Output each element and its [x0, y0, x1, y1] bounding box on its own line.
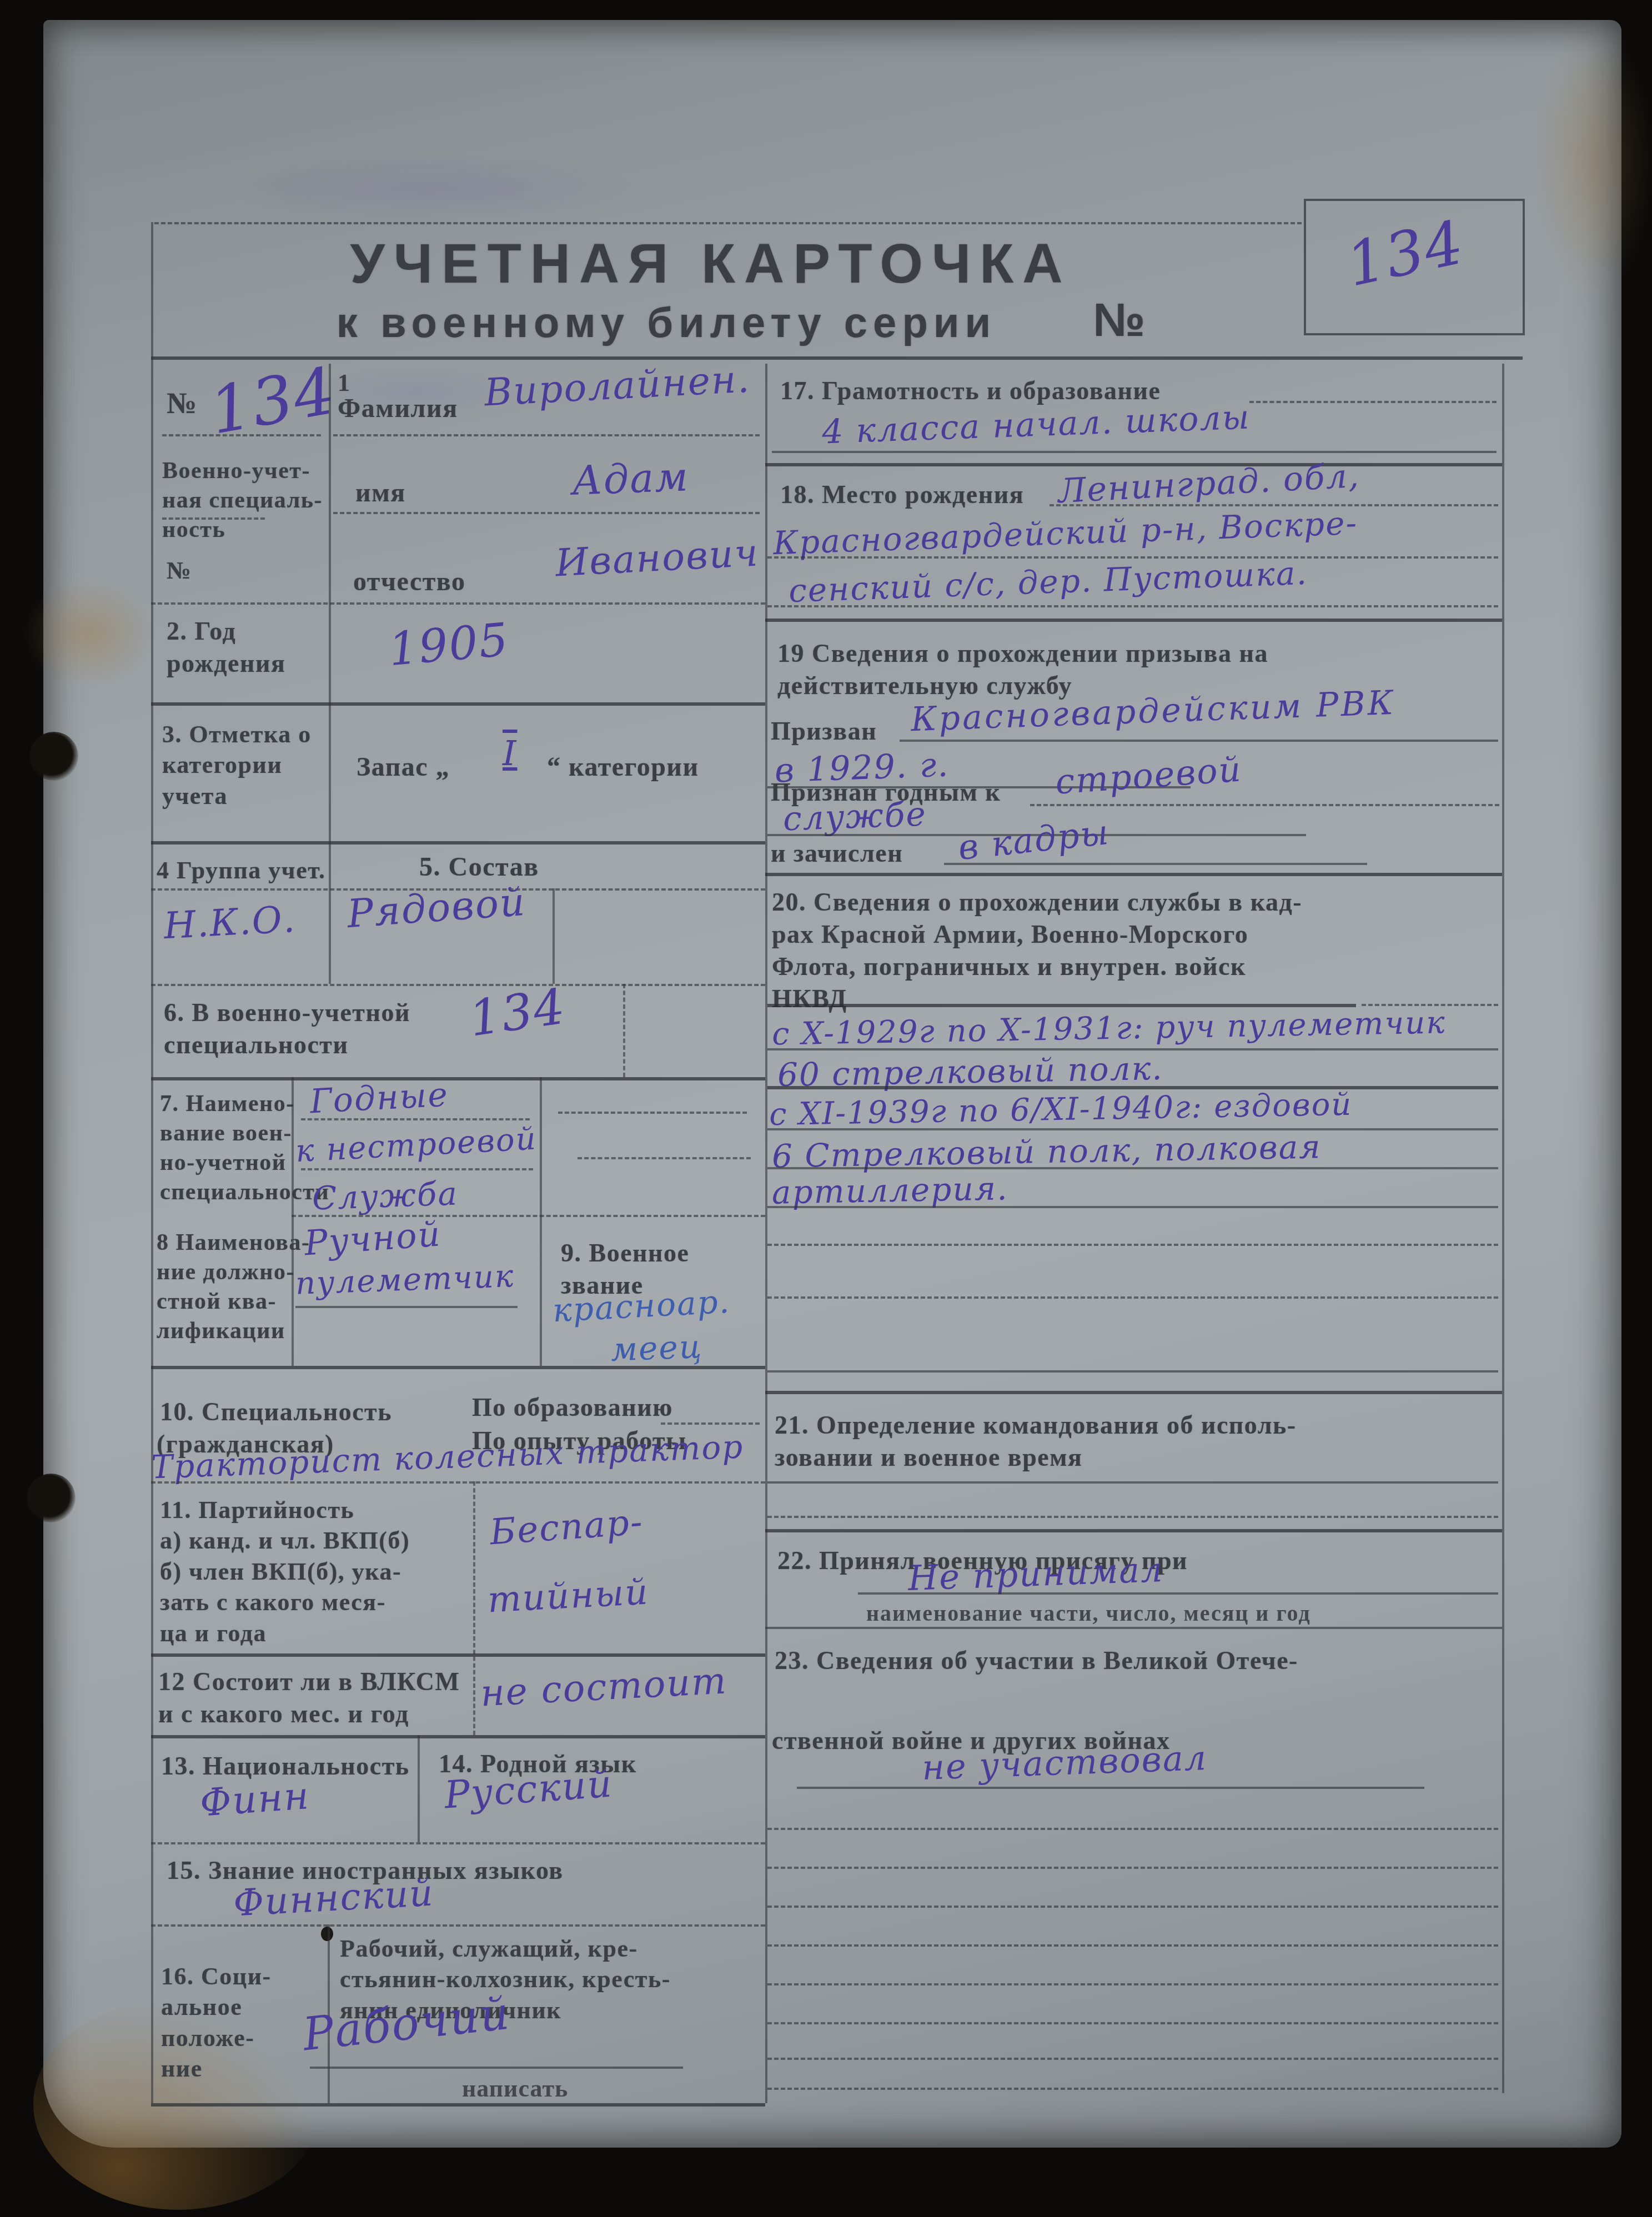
field-vlksm-label: 12 Состоит ли в ВЛКСМ и с какого мес. и … [158, 1666, 460, 1730]
row20-blank1 [767, 1244, 1498, 1246]
row1-bottom [151, 602, 765, 605]
row7-divider-b [540, 1077, 542, 1366]
row21-bottom [765, 1529, 1502, 1532]
row20-bottom [765, 1391, 1502, 1394]
row7-cell3-ul1 [558, 1112, 747, 1114]
scanned-military-card-page: УЧЕТНАЯ КАРТОЧКА к военному билету серии… [0, 0, 1652, 2217]
edge-stain [22, 577, 155, 688]
field-command-label: 21. Определение командования об исполь- … [775, 1409, 1297, 1474]
field-oath-value: Не принимал [907, 1550, 1164, 1597]
field-no-label: № [167, 384, 198, 422]
row7-ul1 [301, 1118, 530, 1120]
row3-divider [329, 702, 331, 841]
row20-ul5 [767, 1206, 1498, 1208]
field-oath-hint: наименование части, число, месяц и год [866, 1600, 1311, 1626]
punch-hole-bottom [27, 1474, 76, 1522]
row7-ul2 [301, 1168, 533, 1170]
field-group-value: Н.К.О. [163, 899, 297, 947]
table-middle-divider [765, 364, 767, 2103]
field-service-label: 20. Сведения о прохождении службы в кад-… [772, 886, 1302, 1015]
name-underline [333, 512, 760, 514]
field-position-label: 8 Наименова- ние должно- стной ква- лифи… [157, 1228, 310, 1346]
field-reserve-pre: Запас „ [356, 751, 450, 784]
punch-hole-top [29, 732, 78, 781]
field-birthplace-label: 18. Место рождения [780, 479, 1024, 511]
field-fit-value-2: службе [782, 796, 927, 838]
row20-rule [767, 1004, 1356, 1007]
row6-divider [623, 984, 625, 1077]
field-social-hint: написать [462, 2074, 568, 2103]
card-title-line1: УЧЕТНАЯ КАРТОЧКА [311, 232, 1111, 296]
row18-bottom [765, 619, 1502, 622]
vus-underline [162, 517, 265, 520]
row11-divider [473, 1481, 475, 1735]
table-left-border [151, 222, 153, 2103]
row19-bottom [765, 873, 1502, 876]
header-top-rule [154, 222, 1302, 224]
field-party-label: 11. Партийность а) канд. и чл. ВКП(б) б)… [160, 1495, 410, 1648]
row18-ul1 [1050, 504, 1498, 506]
row11-bottom [151, 1653, 765, 1657]
no-cell-underline [162, 434, 321, 436]
row19-called-ul [900, 740, 1498, 742]
row17-label-ul [1249, 401, 1497, 403]
row23-blank5 [767, 1983, 1498, 1985]
row23-blank6 [767, 2022, 1498, 2024]
field-service2-line3: артиллерия. [771, 1170, 1008, 1210]
field-patronymic-label: отчество [353, 565, 465, 599]
row17-bottom [765, 463, 1502, 466]
row23-blank4 [767, 1944, 1498, 1947]
row13-bottom [151, 1842, 765, 1844]
field-specialty-edu-label: По образованию [472, 1391, 673, 1424]
field-vus-no: № [167, 555, 192, 586]
row3-bottom [151, 841, 765, 844]
field-vus-name-value-1: Годные [309, 1077, 449, 1121]
row23-blank2 [767, 1867, 1498, 1869]
row10-bottom [151, 1481, 765, 1484]
row20-ul2 [767, 1086, 1498, 1089]
row18-ul2 [767, 556, 1498, 559]
row19-fit-ul1 [1030, 804, 1499, 806]
row22-ul [858, 1592, 1498, 1595]
field-party-value-2: тийный [486, 1572, 650, 1621]
row18-ul3 [767, 605, 1498, 607]
field-vus-number-label: 6. В военно-учетной специальности [164, 997, 410, 1061]
field-position-value-2: пулеметчик [295, 1259, 515, 1301]
field-birth-year-value: 1905 [386, 615, 511, 676]
row23-blank7 [767, 2058, 1498, 2060]
surname-underline [333, 434, 760, 436]
row20-blank3 [767, 1370, 1498, 1373]
row23-blank8 [767, 2088, 1498, 2090]
field-name-value: Адам [571, 454, 690, 503]
field-vus-label: Военно-учет- ная специаль- ность [162, 456, 323, 545]
field-group-label: 4 Группа учет. [157, 855, 325, 886]
row1-divider [329, 364, 331, 602]
row22-bottom [765, 1627, 1502, 1629]
paper-speck [321, 1927, 333, 1941]
row15-bottom [151, 1924, 765, 1927]
row2-divider [329, 602, 331, 702]
row45-bottom [151, 984, 765, 986]
row20-ul3 [767, 1128, 1498, 1130]
row21-blank1 [767, 1481, 1498, 1484]
row8-ul [295, 1306, 518, 1308]
row23-blank3 [767, 1906, 1498, 1908]
field-specialty-label-1: 10. Специальность [160, 1396, 392, 1428]
field-rank-value-2: меец [610, 1329, 703, 1368]
row19-enrolled-ul [944, 863, 1367, 865]
row45-divider [329, 841, 331, 984]
field-name-label: имя [355, 476, 406, 510]
field-reserve-category-value: I [503, 734, 518, 772]
field-birth-year-label: 2. Год рождения [167, 615, 285, 680]
table-right-border [1502, 364, 1504, 2093]
field-literacy-label: 17. Грамотность и образование [780, 375, 1161, 407]
row2-bottom [151, 702, 765, 706]
field-social-label: 16. Соци- альное положе- ние [161, 1961, 272, 2084]
top-right-stain [1533, 22, 1652, 300]
table-bottom-left [151, 2103, 765, 2107]
row45-value-divider [553, 888, 555, 984]
header-bottom-rule [151, 356, 1523, 360]
series-number-sign: № [1077, 293, 1161, 347]
row20-blank2 [767, 1296, 1498, 1299]
row21-blank2 [767, 1516, 1498, 1518]
row6-bottom [151, 1077, 765, 1080]
row13-divider [418, 1735, 420, 1842]
row20-ul4 [767, 1167, 1498, 1169]
row7-bottom [292, 1215, 765, 1217]
field-nationality-value: Финн [199, 1775, 312, 1825]
field-vus-name-value-3: Служба [312, 1175, 459, 1216]
row12-bottom [151, 1735, 765, 1738]
row23-ul [797, 1787, 1424, 1789]
card-title-line2: к военному билету серии [325, 299, 1008, 347]
field-war-label-1: 23. Сведения об участии в Великой Отече- [775, 1645, 1298, 1677]
row17-value-ul [772, 451, 1497, 453]
field-called-label: Призван [771, 715, 877, 747]
ink-smudge-1 [222, 155, 644, 222]
row8-bottom [151, 1366, 765, 1369]
field-reserve-post: “ категории [547, 751, 699, 784]
field-category-label: 3. Отметка о категории учета [162, 719, 312, 811]
row7-cell3-ul2 [578, 1157, 751, 1159]
row23-blank1 [767, 1828, 1498, 1830]
field-surname-label: Фамилия [338, 392, 458, 425]
field-enrolled-label: и зачислен [771, 837, 903, 869]
row16-value-ul [310, 2067, 683, 2069]
